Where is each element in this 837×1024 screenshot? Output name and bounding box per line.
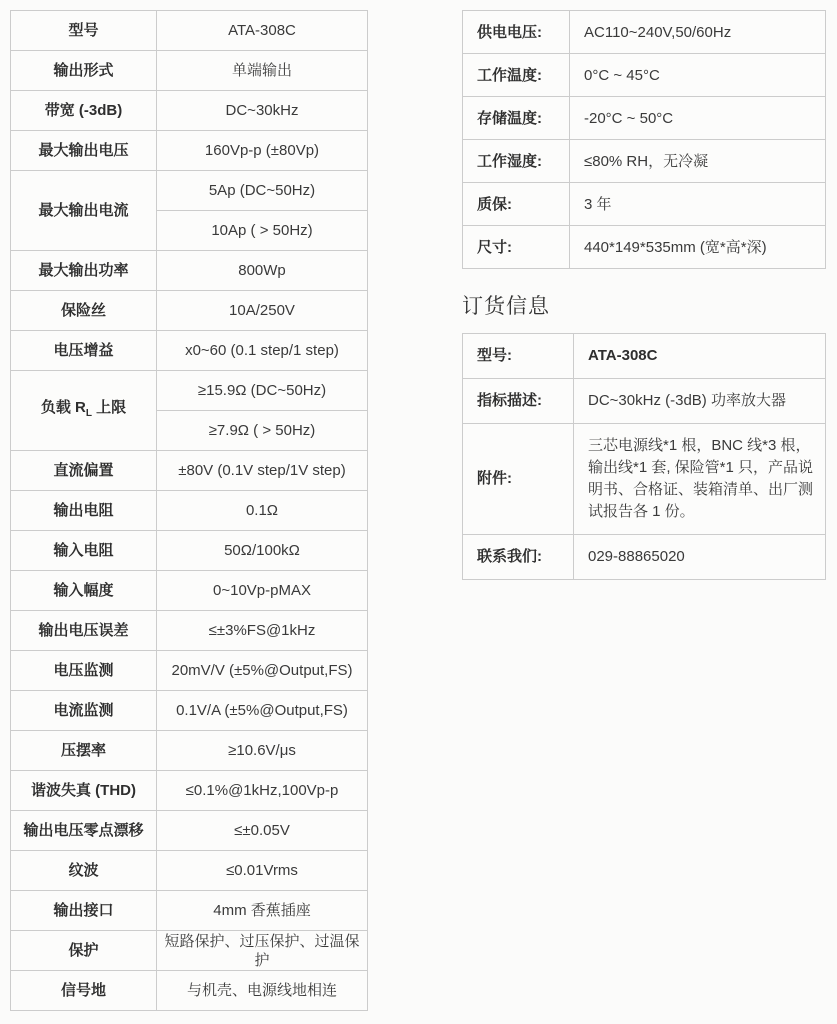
spec-value-cell: ≤0.01Vrms — [157, 851, 368, 891]
spec-value-cell: 50Ω/100kΩ — [157, 531, 368, 571]
env-label-cell: 尺寸: — [463, 226, 570, 269]
load-rl-label-prefix: 负载 R — [41, 399, 86, 416]
env-value-cell: AC110~240V,50/60Hz — [570, 11, 826, 54]
spec-value-cell: ≥10.6V/μs — [157, 731, 368, 771]
spec-row: 电压增益 x0~60 (0.1 step/1 step) — [11, 331, 368, 371]
specifications-table: 型号 ATA-308C 输出形式 单端输出 带宽 (-3dB) DC~30kHz… — [10, 10, 368, 1011]
order-value-cell: DC~30kHz (-3dB) 功率放大器 — [574, 379, 826, 424]
order-model-value-cell: ATA-308C — [574, 334, 826, 379]
order-row: 附件: 三芯电源线*1 根，BNC 线*3 根，输出线*1 套, 保险管*1 只… — [463, 424, 826, 535]
spec-label-cell-load-rl: 负载 RL 上限 — [11, 371, 157, 451]
spec-row: 谐波失真 (THD) ≤0.1%@1kHz,100Vp-p — [11, 771, 368, 811]
spec-label-cell: 输入幅度 — [11, 571, 157, 611]
spec-value-cell: ≥7.9Ω ( > 50Hz) — [157, 411, 368, 451]
spec-label-cell: 输入电阻 — [11, 531, 157, 571]
load-rl-label-suffix: 上限 — [92, 399, 126, 416]
spec-label-cell: 输出电压误差 — [11, 611, 157, 651]
order-label-cell: 联系我们: — [463, 535, 574, 580]
spec-row: 最大输出功率 800Wp — [11, 251, 368, 291]
spec-row: 输出电阻 0.1Ω — [11, 491, 368, 531]
env-value-cell: 3 年 — [570, 183, 826, 226]
spec-value-cell: 单端输出 — [157, 51, 368, 91]
env-row: 存储温度: -20°C ~ 50°C — [463, 97, 826, 140]
spec-label-cell: 电压增益 — [11, 331, 157, 371]
spec-label-cell: 最大输出电流 — [11, 171, 157, 251]
spec-row: 信号地 与机壳、电源线地相连 — [11, 971, 368, 1011]
spec-value-cell: 20mV/V (±5%@Output,FS) — [157, 651, 368, 691]
spec-label-cell: 信号地 — [11, 971, 157, 1011]
spec-row: 压摆率 ≥10.6V/μs — [11, 731, 368, 771]
order-accessories-cell: 三芯电源线*1 根，BNC 线*3 根，输出线*1 套, 保险管*1 只，产品说… — [574, 424, 826, 535]
spec-value-cell: ATA-308C — [157, 11, 368, 51]
order-contact-cell: 029-88865020 — [574, 535, 826, 580]
spec-row: 电流监测 0.1V/A (±5%@Output,FS) — [11, 691, 368, 731]
spec-value-cell: 0.1V/A (±5%@Output,FS) — [157, 691, 368, 731]
env-row: 尺寸: 440*149*535mm (宽*高*深) — [463, 226, 826, 269]
environment-table: 供电电压: AC110~240V,50/60Hz 工作温度: 0°C ~ 45°… — [462, 10, 826, 269]
ordering-table: 型号: ATA-308C 指标描述: DC~30kHz (-3dB) 功率放大器… — [462, 333, 826, 580]
spec-label-cell: 直流偏置 — [11, 451, 157, 491]
spec-value-cell: DC~30kHz — [157, 91, 368, 131]
ordering-info-heading: 订货信息 — [462, 290, 826, 320]
spec-value-cell: x0~60 (0.1 step/1 step) — [157, 331, 368, 371]
spec-label-cell: 电流监测 — [11, 691, 157, 731]
spec-label-cell: 输出形式 — [11, 51, 157, 91]
order-row: 指标描述: DC~30kHz (-3dB) 功率放大器 — [463, 379, 826, 424]
env-row: 工作温度: 0°C ~ 45°C — [463, 54, 826, 97]
spec-label-cell: 输出接口 — [11, 891, 157, 931]
env-label-cell: 存储温度: — [463, 97, 570, 140]
spec-row: 输入电阻 50Ω/100kΩ — [11, 531, 368, 571]
spec-label-cell: 压摆率 — [11, 731, 157, 771]
env-row: 供电电压: AC110~240V,50/60Hz — [463, 11, 826, 54]
spec-row: 电压监测 20mV/V (±5%@Output,FS) — [11, 651, 368, 691]
spec-row: 直流偏置 ±80V (0.1V step/1V step) — [11, 451, 368, 491]
spec-label-cell: 输出电阻 — [11, 491, 157, 531]
spec-label-cell: 纹波 — [11, 851, 157, 891]
spec-row: 负载 RL 上限 ≥15.9Ω (DC~50Hz) — [11, 371, 368, 411]
spec-row: 纹波 ≤0.01Vrms — [11, 851, 368, 891]
spec-value-cell: ≤±0.05V — [157, 811, 368, 851]
spec-row: 输出电压误差 ≤±3%FS@1kHz — [11, 611, 368, 651]
env-value-cell: -20°C ~ 50°C — [570, 97, 826, 140]
spec-value-cell: 与机壳、电源线地相连 — [157, 971, 368, 1011]
order-row: 联系我们: 029-88865020 — [463, 535, 826, 580]
spec-value-cell: 10Ap ( > 50Hz) — [157, 211, 368, 251]
spec-value-cell: 0.1Ω — [157, 491, 368, 531]
spec-row: 保护 短路保护、过压保护、过温保护 — [11, 931, 368, 971]
spec-value-cell: ≥15.9Ω (DC~50Hz) — [157, 371, 368, 411]
env-value-cell: 0°C ~ 45°C — [570, 54, 826, 97]
spec-value-cell: ≤0.1%@1kHz,100Vp-p — [157, 771, 368, 811]
spec-value-cell: 5Ap (DC~50Hz) — [157, 171, 368, 211]
spec-label-cell: 输出电压零点漂移 — [11, 811, 157, 851]
env-label-cell: 供电电压: — [463, 11, 570, 54]
spec-row: 输出接口 4mm 香蕉插座 — [11, 891, 368, 931]
spec-row: 保险丝 10A/250V — [11, 291, 368, 331]
spec-row: 最大输出电流 5Ap (DC~50Hz) — [11, 171, 368, 211]
env-row: 质保: 3 年 — [463, 183, 826, 226]
spec-row: 型号 ATA-308C — [11, 11, 368, 51]
env-label-cell: 工作温度: — [463, 54, 570, 97]
order-row: 型号: ATA-308C — [463, 334, 826, 379]
order-label-cell: 指标描述: — [463, 379, 574, 424]
spec-label-cell: 保护 — [11, 931, 157, 971]
spec-label-cell: 保险丝 — [11, 291, 157, 331]
spec-value-cell: 800Wp — [157, 251, 368, 291]
env-value-cell: 440*149*535mm (宽*高*深) — [570, 226, 826, 269]
spec-label-cell: 电压监测 — [11, 651, 157, 691]
spec-value-cell: 短路保护、过压保护、过温保护 — [157, 931, 368, 971]
spec-value-cell: 4mm 香蕉插座 — [157, 891, 368, 931]
order-label-cell: 型号: — [463, 334, 574, 379]
env-row: 工作湿度: ≤80% RH，无冷凝 — [463, 140, 826, 183]
env-value-cell: ≤80% RH，无冷凝 — [570, 140, 826, 183]
env-label-cell: 质保: — [463, 183, 570, 226]
spec-value-cell: ≤±3%FS@1kHz — [157, 611, 368, 651]
spec-label-cell: 带宽 (-3dB) — [11, 91, 157, 131]
order-label-cell: 附件: — [463, 424, 574, 535]
spec-value-cell: 10A/250V — [157, 291, 368, 331]
spec-sheet-page: 型号 ATA-308C 输出形式 单端输出 带宽 (-3dB) DC~30kHz… — [0, 0, 837, 1024]
spec-value-cell: 160Vp-p (±80Vp) — [157, 131, 368, 171]
spec-label-cell: 谐波失真 (THD) — [11, 771, 157, 811]
spec-label-cell: 型号 — [11, 11, 157, 51]
spec-label-cell: 最大输出功率 — [11, 251, 157, 291]
spec-value-cell: ±80V (0.1V step/1V step) — [157, 451, 368, 491]
spec-row: 带宽 (-3dB) DC~30kHz — [11, 91, 368, 131]
spec-value-cell: 0~10Vp-pMAX — [157, 571, 368, 611]
spec-row: 输出电压零点漂移 ≤±0.05V — [11, 811, 368, 851]
spec-row: 最大输出电压 160Vp-p (±80Vp) — [11, 131, 368, 171]
spec-row: 输出形式 单端输出 — [11, 51, 368, 91]
right-column: 供电电压: AC110~240V,50/60Hz 工作温度: 0°C ~ 45°… — [462, 10, 826, 580]
spec-row: 输入幅度 0~10Vp-pMAX — [11, 571, 368, 611]
env-label-cell: 工作湿度: — [463, 140, 570, 183]
spec-label-cell: 最大输出电压 — [11, 131, 157, 171]
